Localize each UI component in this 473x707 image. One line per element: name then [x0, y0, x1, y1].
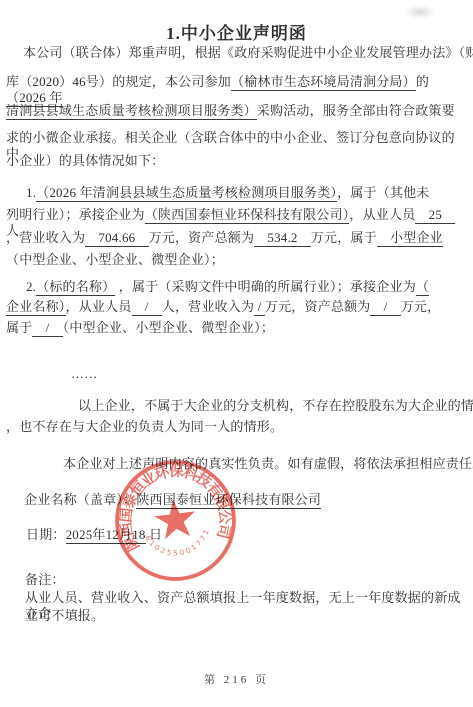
text-segment: 本企业对上述声明内容的真实性负责。如有虚假，将依法承担相应责任。 [63, 456, 473, 471]
item-2-line-1: 2.（标的名称） ，属于（采购文件中明确的所属行业）；承接企业为（ [6, 279, 473, 295]
ellipsis-line: …… [6, 366, 473, 382]
company-name-line: 企业名称（盖章）：陕西国泰恒业环保科技有限公司 [6, 492, 473, 508]
text-segment: 万元， [401, 299, 441, 314]
text-segment: 本公司（联合体）郑重声明，根据《政府采购促进中小企业发展管理办法》（财 [23, 45, 473, 60]
notes-heading: 备注： [6, 572, 473, 588]
text-segment: ，从业人员 [66, 299, 132, 314]
underlined-text: 2025年12月18 [66, 527, 146, 544]
text-segment: ，属于（其他未 [337, 185, 429, 200]
text-segment: 万元，属于 [311, 230, 377, 245]
underlined-text: / [370, 299, 400, 316]
text-segment: 以上企业，不属于大企业的分支机构，不存在控股股东为大企业的情形 [78, 398, 473, 413]
item-2-line-3: 属于 / （中型企业、小型企业、微型企业）； [6, 320, 462, 336]
text-segment: 小企业）的具体情况如下： [6, 153, 164, 168]
intro-line-1: 本公司（联合体）郑重声明，根据《政府采购促进中小企业发展管理办法》（财 [6, 45, 473, 61]
responsibility-line: 本企业对上述声明内容的真实性负责。如有虚假，将依法承担相应责任。 [6, 456, 473, 472]
text-segment: 库（2020）46号）的规定，本公司参加 [6, 74, 231, 89]
text-segment: （中型企业、小型企业、微型企业）； [6, 252, 224, 267]
item-1-line-1: 1.（2026 年清涧县县域生态质量考核检测项目服务类），属于（其他未 [6, 185, 473, 201]
text-segment: ，属于（采购文件中明确的所属行业）；承接企业为 [115, 279, 416, 294]
underlined-text: 25 [415, 207, 455, 224]
document-title: 1.中小企业声明函 [0, 19, 473, 44]
text-segment: （中型企业、小型企业、微型企业）； [63, 320, 274, 335]
text-segment: ，从业人员 [349, 207, 415, 222]
text-segment: 日期： [26, 527, 66, 542]
declaration-document-page: 1.中小企业声明函 本公司（联合体）郑重声明，根据《政府采购促进中小企业发展管理… [0, 0, 473, 707]
text-segment: ，营业收入为 [6, 230, 85, 245]
underlined-text: 清涧县县域生态质量考核检测项目服务类） [6, 103, 257, 120]
underlined-text: 小型企业 [377, 230, 443, 247]
text-segment: 1. [26, 185, 36, 200]
text-segment: 的 [416, 74, 429, 89]
text-segment: 万元，资产总额为 [149, 230, 255, 245]
underlined-text: / [132, 299, 162, 316]
intro-line-2: 库（2020）46号）的规定，本公司参加（榆林市生态环境局清涧分局）的（2026… [6, 74, 462, 106]
text-segment: 万元，资产总额为 [265, 299, 371, 314]
underlined-text: （ [416, 279, 429, 296]
date-line: 日期：2025年12月18 日 [6, 527, 473, 543]
seal-ring [110, 455, 240, 585]
text-segment: ，也不存在与大企业的负责人为同一人的情形。 [6, 419, 283, 434]
underlined-text: （榆林市生态环境局清涧分局） [231, 74, 416, 91]
item-1-line-3: ，营业收入为 704.66 万元，资产总额为 534.2 万元，属于 小型企业 [6, 230, 462, 246]
underlined-text: （2026 年清涧县县域生态质量考核检测项目服务类） [36, 185, 337, 202]
underlined-text: 企业名称） [6, 299, 66, 316]
text-segment: 采购活动，服务全部由符合政策要 [257, 103, 455, 118]
underlined-text: 704.66 [85, 230, 148, 247]
intro-line-5: 小企业）的具体情况如下： [6, 153, 462, 169]
underlined-text: 陕西国泰恒业环保科技有限公司 [136, 492, 321, 509]
intro-line-3: 清涧县县域生态质量考核检测项目服务类）采购活动，服务全部由符合政策要 [6, 103, 462, 119]
notes-line-2: 业可不填报。 [6, 608, 473, 624]
underlined-text: 534.2 [254, 230, 311, 247]
text-segment: 人，营业收入为 [162, 299, 254, 314]
item-2-line-2: 企业名称），从业人员 / 人，营业收入为 / 万元，资产总额为 / 万元， [6, 299, 462, 315]
underlined-text: （标的名称） [36, 279, 115, 296]
scan-smudge-artifact [405, 5, 435, 19]
page-number: 第 216 页 [0, 671, 473, 687]
text-segment: 列明行业）；承接企业为 [6, 207, 145, 222]
text-segment: 日 [146, 527, 163, 542]
statement-line-2: ，也不存在与大企业的负责人为同一人的情形。 [6, 419, 462, 435]
text-segment: 属于 [6, 320, 32, 335]
text-segment: 企业名称（盖章）： [24, 492, 136, 507]
underlined-text: / [32, 320, 62, 337]
statement-line-1: 以上企业，不属于大企业的分支机构，不存在控股股东为大企业的情形 [6, 398, 473, 414]
underlined-text: / [254, 299, 265, 316]
underlined-text: （陕西国泰恒业环保科技有限公司） [145, 207, 350, 224]
item-1-line-4: （中型企业、小型企业、微型企业）； [6, 252, 462, 268]
text-segment: 2. [26, 279, 36, 294]
